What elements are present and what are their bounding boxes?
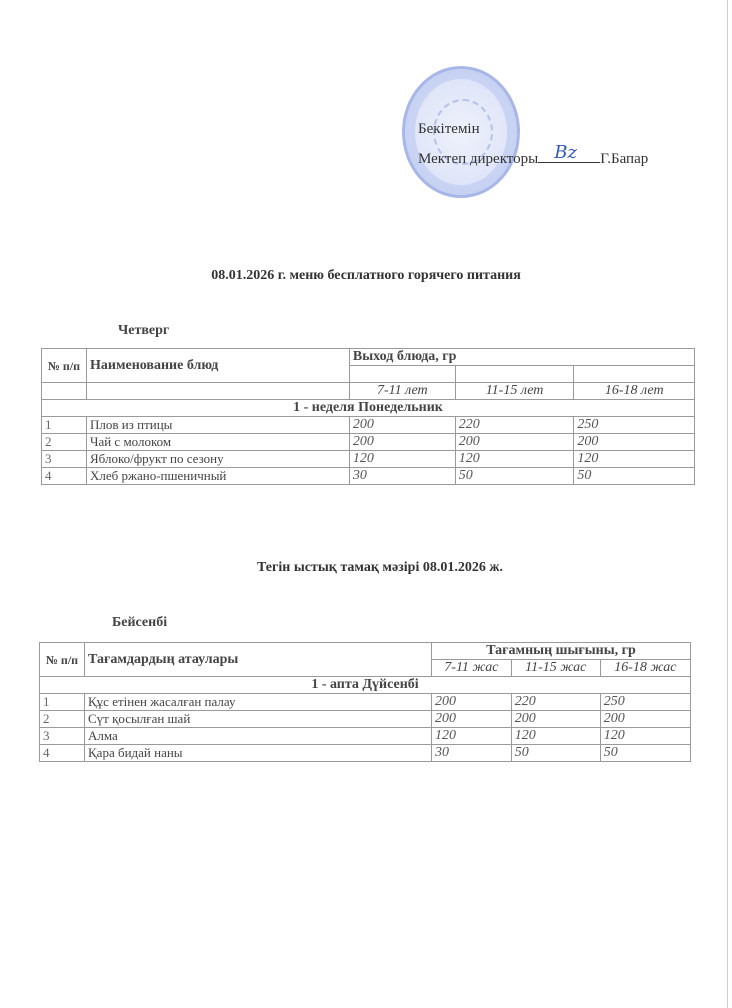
table-row: 1Құс етінен жасалған палау200220250 (40, 694, 691, 711)
age-header: 7-11 лет (349, 383, 455, 400)
row-number: 2 (42, 434, 87, 451)
director-name: Г.Бапар (600, 151, 648, 167)
yield-value: 200 (455, 434, 574, 451)
yield-value: 50 (511, 745, 600, 762)
row-number: 1 (40, 694, 85, 711)
row-number: 1 (42, 417, 87, 434)
yield-value: 250 (574, 417, 695, 434)
yield-value: 50 (574, 468, 695, 485)
week-label: 1 - неделя Понедельник (42, 400, 695, 417)
yield-value: 200 (432, 694, 512, 711)
signature-line: Bz (538, 148, 600, 163)
yield-value: 200 (511, 711, 600, 728)
yield-value: 200 (574, 434, 695, 451)
yield-value: 120 (574, 451, 695, 468)
yield-value: 220 (511, 694, 600, 711)
approve-label: Бекітемін (418, 121, 480, 138)
yield-value: 200 (349, 434, 455, 451)
dish-name: Плов из птицы (87, 417, 350, 434)
yield-value: 250 (600, 694, 690, 711)
age-header: 11-15 жас (511, 660, 600, 677)
yield-value: 50 (455, 468, 574, 485)
director-line: Мектеп директорыBzГ.Бапар (418, 148, 648, 168)
director-label: Мектеп директоры (418, 151, 538, 167)
yield-value: 120 (511, 728, 600, 745)
age-header: 16-18 лет (574, 383, 695, 400)
russian-menu-table: № п/п Наименование блюд Выход блюда, гр … (41, 348, 695, 485)
row-number: 2 (40, 711, 85, 728)
table-row: 1Плов из птицы200220250 (42, 417, 695, 434)
dish-name: Хлеб ржано-пшеничный (87, 468, 350, 485)
yield-value: 220 (455, 417, 574, 434)
table-row: 4Қара бидай наны305050 (40, 745, 691, 762)
number-header: № п/п (42, 349, 87, 383)
age-header: 7-11 жас (432, 660, 512, 677)
row-number: 3 (40, 728, 85, 745)
age-header: 11-15 лет (455, 383, 574, 400)
dish-name: Қара бидай наны (85, 745, 432, 762)
signature: Bz (554, 142, 577, 163)
dish-name: Чай с молоком (87, 434, 350, 451)
yield-header: Выход блюда, гр (349, 349, 694, 366)
russian-menu-title: 08.01.2026 г. меню бесплатного горячего … (0, 268, 732, 284)
number-header: № п/п (40, 643, 85, 677)
yield-value: 120 (455, 451, 574, 468)
row-number: 3 (42, 451, 87, 468)
table-row: 2Чай с молоком200200200 (42, 434, 695, 451)
row-number: 4 (40, 745, 85, 762)
table-row: 3Яблоко/фрукт по сезону120120120 (42, 451, 695, 468)
table-row: 4Хлеб ржано-пшеничный305050 (42, 468, 695, 485)
kazakh-menu-table: № п/п Тағамдардың атаулары Тағамның шығы… (39, 642, 691, 762)
dish-name: Алма (85, 728, 432, 745)
yield-header: Тағамның шығыны, гр (432, 643, 691, 660)
dish-name: Яблоко/фрукт по сезону (87, 451, 350, 468)
yield-value: 200 (432, 711, 512, 728)
yield-value: 50 (600, 745, 690, 762)
age-header: 16-18 жас (600, 660, 690, 677)
yield-value: 120 (600, 728, 690, 745)
dish-name-header: Наименование блюд (87, 349, 350, 383)
dish-name: Құс етінен жасалған палау (85, 694, 432, 711)
yield-value: 30 (349, 468, 455, 485)
yield-value: 30 (432, 745, 512, 762)
row-number: 4 (42, 468, 87, 485)
yield-value: 200 (600, 711, 690, 728)
yield-value: 200 (349, 417, 455, 434)
kazakh-menu-title: Тегін ыстық тамақ мәзірі 08.01.2026 ж. (0, 560, 732, 576)
yield-value: 120 (432, 728, 512, 745)
russian-day-label: Четверг (118, 323, 169, 339)
dish-name: Сүт қосылған шай (85, 711, 432, 728)
table-row: 3Алма120120120 (40, 728, 691, 745)
week-label: 1 - апта Дүйсенбі (40, 677, 691, 694)
yield-value: 120 (349, 451, 455, 468)
kazakh-day-label: Бейсенбі (112, 615, 167, 631)
table-row: 2Сүт қосылған шай200200200 (40, 711, 691, 728)
dish-name-header: Тағамдардың атаулары (85, 643, 432, 677)
page-edge (727, 0, 728, 1008)
